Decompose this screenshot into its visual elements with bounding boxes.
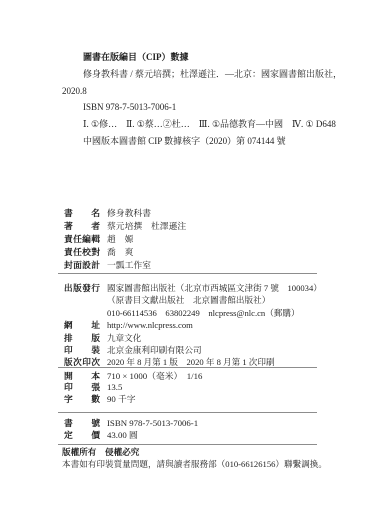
printed-sheets-value: 13.5 xyxy=(107,382,122,393)
typesetting-value: 九章文化 xyxy=(107,332,141,344)
printed-sheets-row: 印張 13.5 xyxy=(64,382,324,393)
proofreader-row: 責任校對 喬 爽 xyxy=(64,246,324,259)
website-label: 網址 xyxy=(64,319,100,331)
proofreader-label: 責任校對 xyxy=(64,246,100,259)
publish-block: 出版發行 國家圖書館出版社（北京市西城區文津街 7 號 100034） （原書目… xyxy=(64,282,344,369)
author-value: 蔡元培撰 杜澤遜注 xyxy=(107,220,186,233)
editor-row: 責任編輯 趙 嫄 xyxy=(64,233,324,246)
typesetting-label: 排版 xyxy=(64,332,100,344)
publisher-contact: 010-66114536 63802249 nlcpress@nlc.cn（郵購… xyxy=(64,307,344,319)
isbn-value: ISBN 978-7-5013-7006-1 xyxy=(107,417,198,429)
cover-design-value: 一瓢工作室 xyxy=(107,259,151,272)
book-title-value: 修身教科書 xyxy=(107,207,151,220)
isbn-label: 書號 xyxy=(64,417,100,429)
editor-value: 趙 嫄 xyxy=(107,233,133,246)
printing-value: 北京金康利印刷有限公司 xyxy=(107,344,202,356)
format-block: 開本 710 × 1000（毫米） 1/16 印張 13.5 字數 90 千字 xyxy=(64,371,324,405)
price-label: 定價 xyxy=(64,429,100,441)
printing-row: 印裝 北京金康利印刷有限公司 xyxy=(64,344,344,356)
author-row: 著者 蔡元培撰 杜澤遜注 xyxy=(64,220,324,233)
cip-block: 圖書在版編目（CIP）數據 修身教科書 / 蔡元培撰；杜澤遜注．—北京：國家圖書… xyxy=(62,49,332,150)
website-url: http://www.nlcpress.com xyxy=(107,319,193,331)
cip-classification-line: Ⅰ. ①修… Ⅱ. ①蔡…②杜… Ⅲ. ①品德教育—中國 Ⅳ. ① D648 xyxy=(62,116,332,133)
cover-design-label: 封面設計 xyxy=(64,259,100,272)
sheet-size-row: 開本 710 × 1000（毫米） 1/16 xyxy=(64,371,324,382)
printed-sheets-label: 印張 xyxy=(64,382,100,393)
cip-isbn-line: ISBN 978-7-5013-7006-1 xyxy=(62,99,332,116)
website-row: 網址 http://www.nlcpress.com xyxy=(64,319,344,331)
isbn-price-block: 書號 ISBN 978-7-5013-7006-1 定價 43.00 圓 xyxy=(64,417,324,441)
publisher-row: 出版發行 國家圖書館出版社（北京市西城區文津街 7 號 100034） xyxy=(64,282,344,294)
price-value: 43.00 圓 xyxy=(107,429,138,441)
cip-title-line: 修身教科書 / 蔡元培撰；杜澤遜注．—北京：國家圖書館出版社， xyxy=(62,66,332,83)
publisher-name: 國家圖書館出版社（北京市西城區文津街 7 號 100034） xyxy=(107,282,322,294)
word-count-row: 字數 90 千字 xyxy=(64,394,324,405)
proofreader-value: 喬 爽 xyxy=(107,246,133,259)
quality-note: 本書如有印裝質量問題，請與讀者服務部（010-66126156）聯繫調換。 xyxy=(62,458,352,470)
word-count-label: 字數 xyxy=(64,394,100,405)
divider xyxy=(58,367,317,368)
book-info-block: 書名 修身教科書 著者 蔡元培撰 杜澤遜注 責任編輯 趙 嫄 責任校對 喬 爽 … xyxy=(64,207,324,272)
author-label: 著者 xyxy=(64,220,100,233)
copyright-page: 圖書在版編目（CIP）數據 修身教科書 / 蔡元培撰；杜澤遜注．—北京：國家圖書… xyxy=(0,0,375,524)
publisher-label: 出版發行 xyxy=(64,282,100,294)
word-count-value: 90 千字 xyxy=(107,394,136,405)
cip-title-line-continuation: 2020.8 xyxy=(62,83,332,100)
book-title-row: 書名 修身教科書 xyxy=(64,207,324,220)
printing-label: 印裝 xyxy=(64,344,100,356)
sheet-size-label: 開本 xyxy=(64,371,100,382)
price-row: 定價 43.00 圓 xyxy=(64,429,324,441)
divider xyxy=(58,273,317,274)
footer-block: 版權所有 侵權必究 本書如有印裝質量問題，請與讀者服務部（010-6612615… xyxy=(62,446,352,471)
isbn-row: 書號 ISBN 978-7-5013-7006-1 xyxy=(64,417,324,429)
book-title-label: 書名 xyxy=(64,207,100,220)
typesetting-row: 排版 九章文化 xyxy=(64,332,344,344)
divider xyxy=(58,444,317,445)
sheet-size-value: 710 × 1000（毫米） 1/16 xyxy=(107,371,202,382)
divider xyxy=(58,412,317,413)
copyright-notice: 版權所有 侵權必究 xyxy=(62,446,352,458)
editor-label: 責任編輯 xyxy=(64,233,100,246)
cover-design-row: 封面設計 一瓢工作室 xyxy=(64,259,324,272)
cip-header: 圖書在版編目（CIP）數據 xyxy=(62,49,332,66)
cip-record-line: 中國版本圖書館 CIP 數據核字（2020）第 074144 號 xyxy=(62,133,332,150)
publisher-former-names: （原書目文獻出版社 北京圖書館出版社） xyxy=(64,294,344,306)
